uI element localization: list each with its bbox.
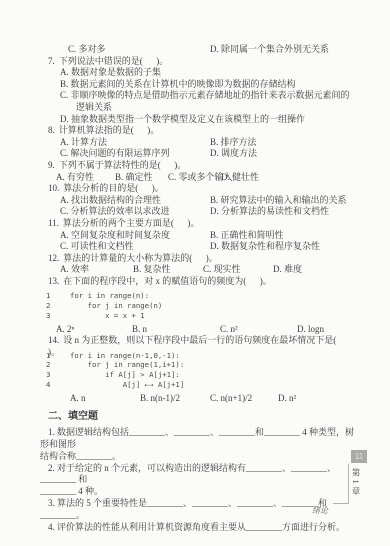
book-page: C. 多对多 D. 除同属一个集合外别无关系 7.下列说法中错误的是( )。 A…: [0, 0, 390, 546]
option-c: C. 解决问题的有限运算序列: [60, 148, 170, 160]
page-number-tab: 11: [351, 450, 367, 463]
question-10-stem: 10.算法分析的目的是( )。: [40, 183, 356, 195]
line-number: 1: [46, 291, 50, 301]
code-line: 2 for j in range(n): [40, 301, 356, 311]
code-text: for i in range(n-1,0,-1):: [70, 351, 180, 361]
option-c: C. n(n+1)/2: [210, 393, 252, 405]
code-line: 1for i in range(n):: [40, 291, 356, 301]
question-13-options-row: A. 2ⁿ B. n C. n² D. logn: [40, 324, 356, 336]
question-8-options-row: C. 解决问题的有限运算序列 D. 调度方法: [40, 148, 356, 160]
option-b: B. n(n-1)/2: [140, 393, 180, 405]
question-6-options-row: C. 多对多 D. 除同属一个集合外别无关系: [40, 44, 356, 56]
question-14-code: 1for i in range(n-1,0,-1): 2 for j in ra…: [40, 351, 356, 390]
option-d: D. 调度方法: [210, 148, 257, 160]
option-d: D. 健壮性: [221, 172, 259, 184]
question-11-stem: 11.算法分析的两个主要方面是( )。: [40, 218, 356, 230]
question-12-stem: 12.算法的计算量的大小称为算法的( )。: [40, 253, 356, 265]
question-text: 计算机算法指的是( )。: [59, 125, 160, 135]
option-d: D. 数据复杂性和程序复杂性: [210, 241, 320, 253]
option-c: C. 可读性和文档性: [60, 241, 134, 253]
option-a: A. 数据对象是数据的子集: [40, 67, 356, 79]
option-d: D. logn: [297, 324, 324, 336]
option-c: C. 多对多: [68, 44, 106, 56]
exercise-content: C. 多对多 D. 除同属一个集合外别无关系 7.下列说法中错误的是( )。 A…: [40, 44, 356, 534]
question-number: 11.: [48, 218, 59, 228]
option-a: A. 效率: [60, 264, 89, 276]
option-b: B. 数据元素间的关系在计算机中的映像即为数据的存储结构: [40, 79, 356, 91]
option-c: C. 分析算法的效率以求改进: [60, 206, 170, 218]
question-text: 下列不属于算法特性的是( )。: [59, 160, 187, 170]
question-number: 8.: [48, 125, 55, 135]
line-number: 3: [46, 370, 50, 380]
question-13-code: 1for i in range(n): 2 for j in range(n) …: [40, 291, 356, 320]
question-13-stem: 13.在下面的程序段中，对 x 的赋值语句的频度为( )。: [40, 276, 356, 288]
question-text: 下列说法中错误的是( )。: [59, 56, 169, 66]
option-c: C. 现实性: [203, 264, 241, 276]
fill-item-2: 2. 对于给定的 n 个元素，可以构造出的逻辑结构有________、_____…: [40, 463, 356, 487]
option-d: D. 抽象数据类型指一个数学模型及定义在该模型上的一组操作: [40, 114, 356, 126]
option-d: D. 分析算法的易读性和文档性: [210, 206, 329, 218]
question-number: 10.: [48, 183, 59, 193]
question-text: 算法分析的目的是( )。: [63, 183, 164, 193]
question-10-options-row: C. 分析算法的效率以求改进 D. 分析算法的易读性和文档性: [40, 206, 356, 218]
fill-in-section-title: 二、填空题: [40, 410, 356, 423]
question-number: 9.: [48, 160, 55, 170]
fill-item-2-cont: ________ 4 种。: [40, 486, 356, 498]
code-text: for j in range(n): [70, 301, 162, 311]
option-c: C. 非顺序映像的特点是借助指示元素存储地址的指针来表示数据元素间的逻辑关系: [40, 90, 356, 113]
question-11-options-row: A. 空间复杂度和时间复杂度 B. 正确性和简明性: [40, 230, 356, 242]
code-text: x = x + 1: [70, 311, 145, 321]
option-c: C. n²: [220, 324, 238, 336]
code-text: A[j] ←→ A[j+1]: [70, 380, 184, 390]
question-9-stem: 9.下列不属于算法特性的是( )。: [40, 160, 356, 172]
code-text: for j in range(1,i+1):: [70, 360, 184, 370]
fill-item-1: 1. 数据逻辑结构包括________、________、________和__…: [40, 427, 356, 451]
question-14-stem: 14.设 n 为正整数，则以下程序段中最后一行的语句频度在最坏情况下是( )。: [40, 335, 356, 347]
code-line: 2 for j in range(1,i+1):: [40, 360, 356, 370]
question-text: 算法的计算量的大小称为算法的( )。: [63, 253, 218, 263]
code-line: 1for i in range(n-1,0,-1):: [40, 351, 356, 361]
code-line: 4 A[j] ←→ A[j+1]: [40, 380, 356, 390]
code-line: 3 if A[j] > A[j+1]:: [40, 370, 356, 380]
fill-item-3: 3. 算法的 5 个重要特性是________、________、_______…: [40, 498, 356, 522]
fill-item-4: 4. 评价算法的性能从利用计算机资源角度看主要从________方面进行分析。: [40, 522, 356, 534]
option-b: B. 排序方法: [210, 137, 257, 149]
question-11-options-row: C. 可读性和文档性 D. 数据复杂性和程序复杂性: [40, 241, 356, 253]
option-a: A. 找出数据结构的合理性: [60, 195, 161, 207]
footer-rule: [333, 503, 349, 504]
option-b: B. 复杂性: [133, 264, 171, 276]
option-a: A. 有穷性: [56, 172, 94, 184]
question-number: 7.: [48, 56, 55, 66]
question-9-options-row: A. 有穷性 B. 确定性 C. 零或多个输入 D. 健壮性: [40, 172, 356, 184]
line-number: 2: [46, 301, 50, 311]
option-d: D. n²: [278, 393, 296, 405]
option-b: B. n: [132, 324, 147, 336]
running-footer: 绪论: [312, 505, 328, 516]
question-8-options-row: A. 计算方法 B. 排序方法: [40, 137, 356, 149]
code-text: if A[j] > A[j+1]:: [70, 370, 180, 380]
question-10-options-row: A. 找出数据结构的合理性 B. 研究算法中的输入和输出的关系: [40, 195, 356, 207]
question-7-stem: 7.下列说法中错误的是( )。: [40, 56, 356, 68]
line-number: 1: [46, 351, 50, 361]
option-b: B. 研究算法中的输入和输出的关系: [210, 195, 347, 207]
option-d: D. 难度: [273, 264, 302, 276]
option-b: B. 正确性和简明性: [210, 230, 284, 242]
question-text: 算法分析的两个主要方面是( )。: [63, 218, 200, 228]
line-number: 4: [46, 380, 50, 390]
question-number: 12.: [48, 253, 59, 263]
chapter-tab-rule: [348, 464, 349, 503]
line-number: 2: [46, 360, 50, 370]
chapter-label: 第1章: [350, 468, 362, 498]
option-a: A. 2ⁿ: [56, 324, 74, 336]
option-b: B. 确定性: [115, 172, 153, 184]
question-14-options-row: A. n B. n(n-1)/2 C. n(n+1)/2 D. n²: [40, 393, 356, 405]
question-number: 13.: [48, 276, 59, 286]
question-8-stem: 8.计算机算法指的是( )。: [40, 125, 356, 137]
option-d: D. 除同属一个集合外别无关系: [210, 44, 329, 56]
line-number: 3: [46, 311, 50, 321]
code-line: 3 x = x + 1: [40, 311, 356, 321]
option-a: A. 空间复杂度和时间复杂度: [60, 230, 170, 242]
code-text: for i in range(n):: [70, 291, 149, 301]
question-12-options-row: A. 效率 B. 复杂性 C. 现实性 D. 难度: [40, 264, 356, 276]
option-a: A. 计算方法: [60, 137, 107, 149]
question-number: 14.: [48, 335, 59, 345]
option-a: A. n: [70, 393, 86, 405]
question-text: 在下面的程序段中，对 x 的赋值语句的频度为( )。: [63, 276, 272, 286]
fill-item-1-cont: 结构合称________。: [40, 451, 356, 463]
